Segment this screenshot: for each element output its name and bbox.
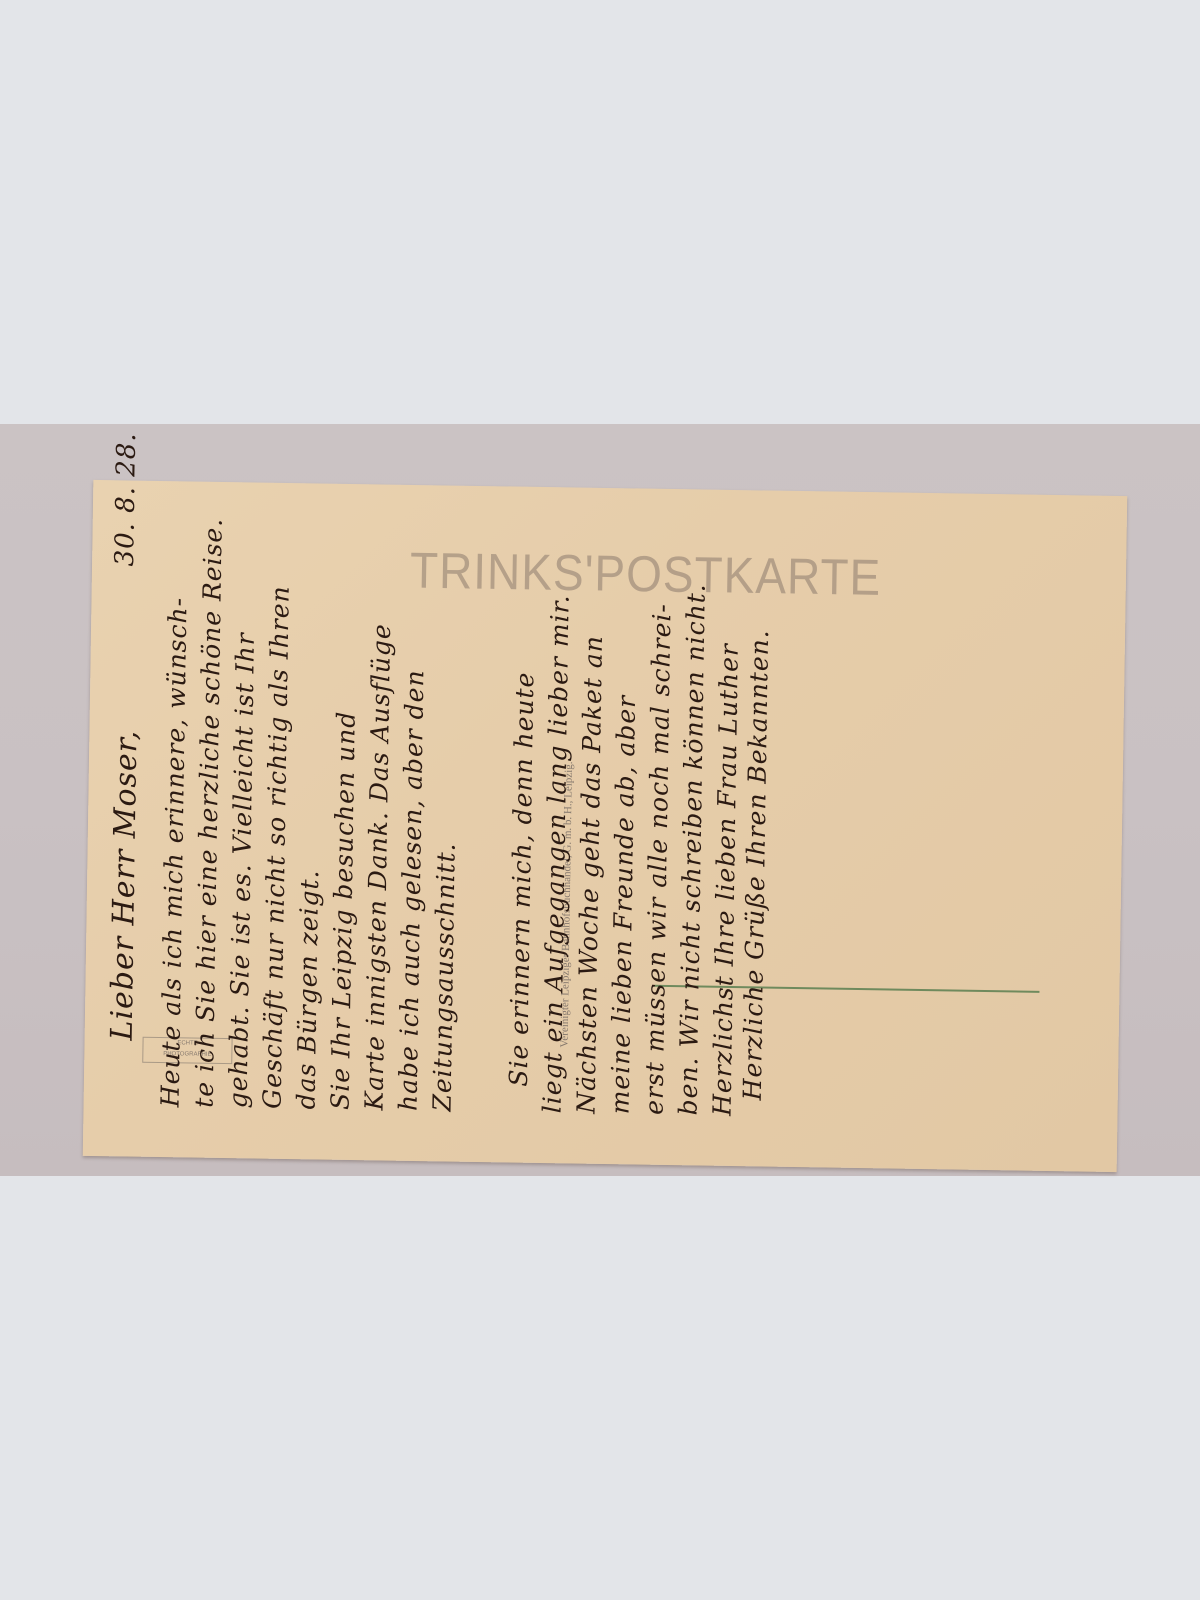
handwritten-line: ben. Wir nicht schreiben können nicht. <box>673 583 710 1115</box>
handwritten-line: Herzliche Grüße Ihren Bekannten. <box>738 629 774 1101</box>
handwritten-date: 30. 8. 28. <box>110 432 142 567</box>
handwritten-line: Heute als ich mich erinnere, wünsch- <box>156 597 193 1108</box>
handwritten-line: erst müssen wir alle noch mal schrei- <box>639 603 676 1115</box>
postcard-imprint-title: TRINKS'POSTKARTE <box>410 540 882 607</box>
handwritten-line: das Bürgen zeigt. <box>292 869 325 1109</box>
postcard: TRINKS'POSTKARTE Vereinigter Leipziger B… <box>83 480 1127 1172</box>
handwritten-line: Sie erinnern mich, denn heute <box>504 671 540 1086</box>
handwritten-line: Nächsten Woche geht das Paket an <box>571 635 608 1114</box>
handwritten-line: Karte innigsten Dank. Das Ausflüge <box>360 623 397 1111</box>
handwritten-line: te ich Sie hier eine herzliche schöne Re… <box>190 518 228 1108</box>
handwritten-salutation: Lieber Herr Moser, <box>105 729 145 1040</box>
handwritten-line: meine lieben Freunde ab, aber <box>605 695 641 1115</box>
handwritten-line: Sie Ihr Leipzig besuchen und <box>326 711 361 1111</box>
handwritten-line: habe ich auch gelesen, aber den <box>394 669 430 1111</box>
handwritten-line: Geschäft nur nicht so richtig als Ihren <box>258 585 295 1109</box>
handwritten-line: Zeitungsausschnitt. <box>427 842 460 1112</box>
handwritten-line: gehabt. Sie ist es. Vielleicht ist Ihr <box>224 632 260 1108</box>
